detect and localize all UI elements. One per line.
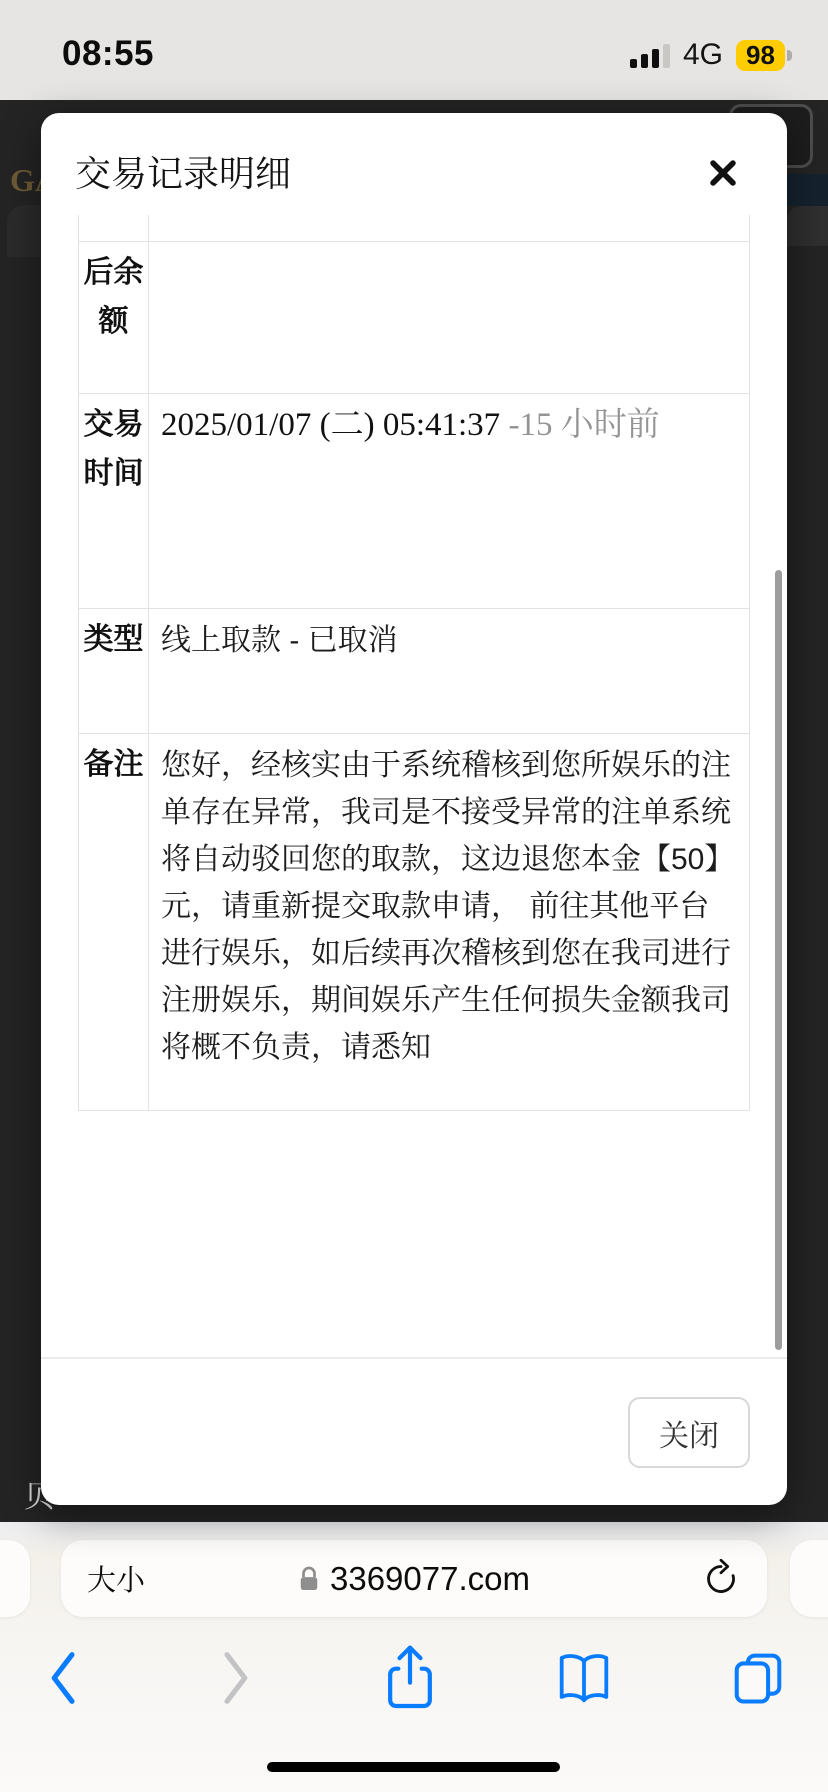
table-row: 备注 您好，经核实由于系统稽核到您所娱乐的注单存在异常，我司是不接受异常的注单系… [79, 733, 750, 1110]
row-label: 交易时间 [79, 393, 149, 608]
transaction-detail-table: 后余额 交易时间 2025/01/07 (二) 05:41:37 -15 小时前… [78, 215, 750, 1111]
dimmed-banner-fragment [785, 174, 828, 206]
modal-scroll-area[interactable]: 后余额 交易时间 2025/01/07 (二) 05:41:37 -15 小时前… [41, 215, 787, 1357]
clock: 08:55 [62, 26, 154, 74]
url-text: 3369077.com [330, 1560, 530, 1598]
row-value: 2025/01/07 (二) 05:41:37 -15 小时前 [149, 393, 750, 608]
table-row: 后余额 [79, 241, 750, 393]
lock-icon [298, 1565, 320, 1593]
battery-nub [787, 50, 792, 61]
url-display: 3369077.com [61, 1560, 767, 1598]
transaction-detail-modal: 交易记录明细 后余额 交易时间 2025/01/07 (二) 05:41:3 [41, 113, 787, 1505]
home-indicator[interactable] [267, 1762, 560, 1772]
tabs-icon[interactable] [722, 1638, 794, 1718]
row-value [149, 241, 750, 393]
address-bar[interactable]: 大小 3369077.com [61, 1540, 767, 1617]
safari-toolbar [0, 1630, 828, 1740]
x-glyph [706, 156, 740, 190]
modal-scrollbar[interactable] [775, 570, 782, 1350]
row-value: 线上取款 - 已取消 [149, 608, 750, 733]
share-icon[interactable] [374, 1638, 446, 1718]
transaction-time: 2025/01/07 (二) 05:41:37 [161, 407, 500, 443]
status-bar: 08:55 4G 98 [0, 0, 828, 100]
dimmed-panel-corner-right [787, 206, 828, 246]
row-value: 您好，经核实由于系统稽核到您所娱乐的注单存在异常，我司是不接受异常的注单系统将自… [149, 733, 750, 1110]
cellular-signal-icon [630, 43, 670, 68]
row-label: 类型 [79, 608, 149, 733]
status-indicators: 4G 98 [630, 28, 792, 72]
reload-icon[interactable] [701, 1559, 741, 1599]
network-type-label: 4G [683, 38, 723, 72]
close-modal-button[interactable]: 关闭 [628, 1397, 750, 1468]
row-label: 后余额 [79, 241, 149, 393]
table-row-cutoff [79, 215, 750, 241]
modal-title: 交易记录明细 [75, 146, 291, 197]
page-settings-button[interactable]: 大小 [87, 1558, 145, 1599]
row-label: 备注 [79, 733, 149, 1110]
back-chevron-icon[interactable] [26, 1638, 98, 1718]
forward-chevron-icon[interactable] [201, 1638, 273, 1718]
dimmed-panel-corner-left [7, 205, 40, 257]
table-row: 交易时间 2025/01/07 (二) 05:41:37 -15 小时前 [79, 393, 750, 608]
open-book-icon[interactable] [548, 1638, 620, 1718]
next-tab-edge[interactable] [790, 1540, 828, 1617]
safari-bottom-bar: 大小 3369077.com [0, 1522, 828, 1792]
close-icon[interactable] [703, 153, 743, 193]
iphone-screen: 08:55 4G 98 GA 贝 交易记录明细 [0, 0, 828, 1792]
battery-indicator: 98 [736, 40, 792, 71]
modal-footer: 关闭 [41, 1357, 787, 1505]
modal-header: 交易记录明细 [41, 113, 787, 215]
previous-tab-edge[interactable] [0, 1540, 30, 1617]
battery-percent-badge: 98 [736, 40, 785, 71]
table-row: 类型 线上取款 - 已取消 [79, 608, 750, 733]
relative-time: -15 小时前 [509, 407, 660, 443]
